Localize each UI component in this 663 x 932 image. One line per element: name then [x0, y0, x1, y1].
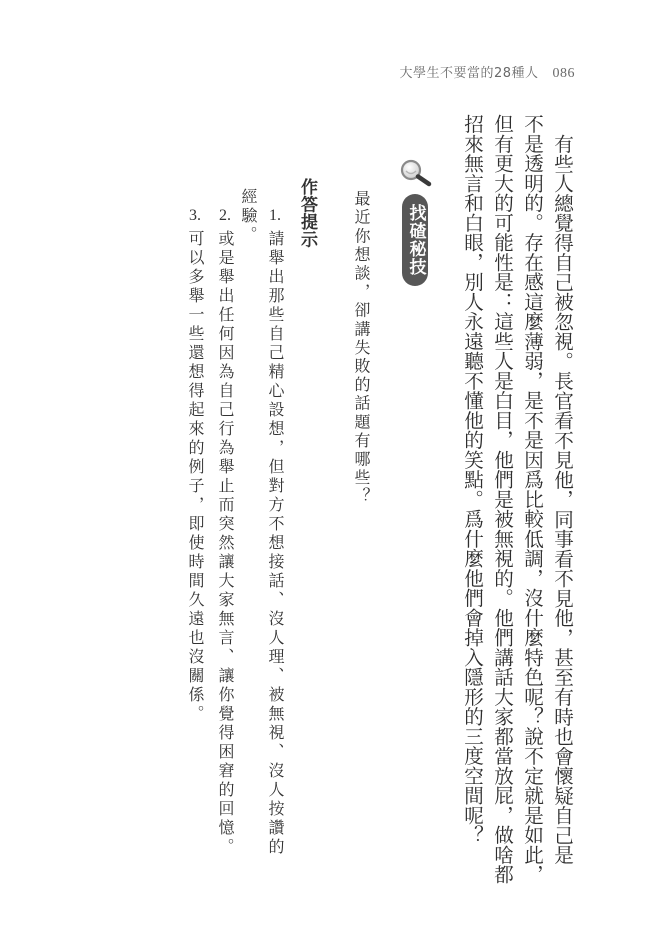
hint-item-3: 3.可以多舉一些還想得起來的例子，即使時間久遠也沒關係。 [187, 208, 203, 724]
hint-number: 1. [269, 208, 281, 224]
body-column-1: 有些人總覺得自己被忽視。長官看不見他，同事看不見他，甚至有時也會懷疑自己是 [552, 134, 572, 865]
hint-item-2: 2.或是舉出任何因為自己行為舉止而突然讓大家無言、讓你覺得困窘的回憶。 [217, 208, 233, 857]
book-title: 大學生不要當的28種人 [399, 62, 538, 81]
question-text: 最近你想談，卻講失敗的話題有哪些？ [353, 190, 369, 506]
hint-number: 2. [219, 208, 231, 224]
tips-badge: 找碴秘技 [402, 194, 428, 286]
body-column-4: 招來無言和白眼，別人永遠聽不懂他的笑點。爲什麼他們會掉入隱形的三度空間呢？ [462, 114, 482, 845]
badge-label: 找碴秘技 [407, 204, 424, 276]
body-column-3: 但有更大的可能性是：這些人是白目，他們是被無視的。他們講話大家都當放屁，做啥都 [492, 114, 512, 884]
hint-text: 或是舉出任何因為自己行為舉止而突然讓大家無言、讓你覺得困窘的回憶。 [216, 230, 235, 857]
hint-heading: 作答提示 [298, 178, 315, 248]
hint-item-1-continued: 經驗。 [240, 188, 256, 245]
magnifying-glass-icon [398, 158, 434, 188]
body-column-2: 不是透明的。存在感這麼薄弱，是不是因爲比較低調，沒什麼特色呢？說不定就是如此， [522, 114, 542, 884]
hint-text: 請舉出那些自己精心設想，但對方不想接話、沒人理、被無視、沒人按讚的 [266, 230, 285, 857]
hint-item-1: 1.請舉出那些自己精心設想，但對方不想接話、沒人理、被無視、沒人按讚的 [267, 208, 283, 857]
page-number: 086 [553, 66, 576, 82]
hint-text: 可以多舉一些還想得起來的例子，即使時間久遠也沒關係。 [186, 230, 205, 724]
running-header: 大學生不要當的28種人 086 [399, 62, 575, 82]
hint-number: 3. [189, 208, 201, 224]
